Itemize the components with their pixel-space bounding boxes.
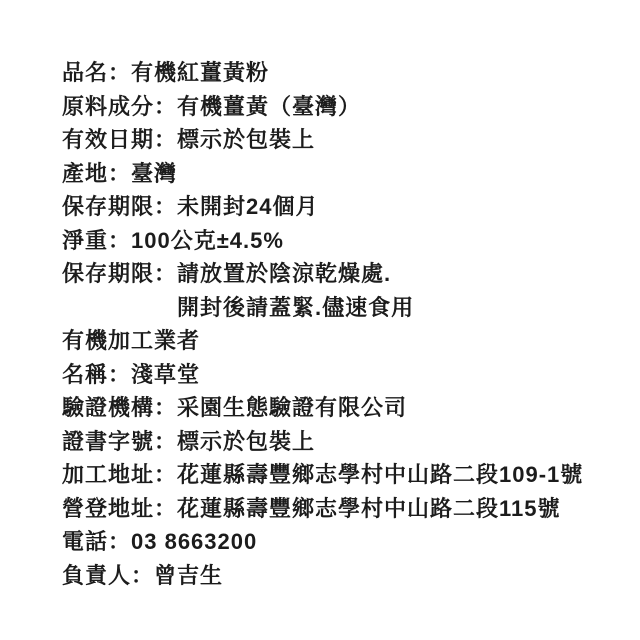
product-name-line: 品名：有機紅薑黃粉 <box>62 56 620 90</box>
ingredients-line: 原料成分：有機薑黃（臺灣） <box>62 90 620 124</box>
shelf-life-line: 保存期限：未開封24個月 <box>62 190 620 224</box>
net-weight-line: 淨重：100公克±4.5% <box>62 224 620 258</box>
registered-address-line: 營登地址：花蓮縣壽豐鄉志學村中山路二段115號 <box>62 492 620 526</box>
responsible-person-line: 負責人：曾吉生 <box>62 559 620 593</box>
phone-line: 電話：03 8663200 <box>62 525 620 559</box>
storage-instructions-continuation-line: 開封後請蓋緊.儘速食用 <box>62 291 620 325</box>
certification-body-line: 驗證機構：采園生態驗證有限公司 <box>62 391 620 425</box>
origin-line: 產地：臺灣 <box>62 157 620 191</box>
processor-section-heading: 有機加工業者 <box>62 324 620 358</box>
storage-instructions-line: 保存期限：請放置於陰涼乾燥處. <box>62 257 620 291</box>
product-label-document: 品名：有機紅薑黃粉 原料成分：有機薑黃（臺灣） 有效日期：標示於包裝上 產地：臺… <box>0 0 640 640</box>
processor-name-line: 名稱：淺草堂 <box>62 358 620 392</box>
processing-address-line: 加工地址：花蓮縣壽豐鄉志學村中山路二段109-1號 <box>62 458 620 492</box>
certificate-number-line: 證書字號：標示於包裝上 <box>62 425 620 459</box>
expiry-date-line: 有效日期：標示於包裝上 <box>62 123 620 157</box>
